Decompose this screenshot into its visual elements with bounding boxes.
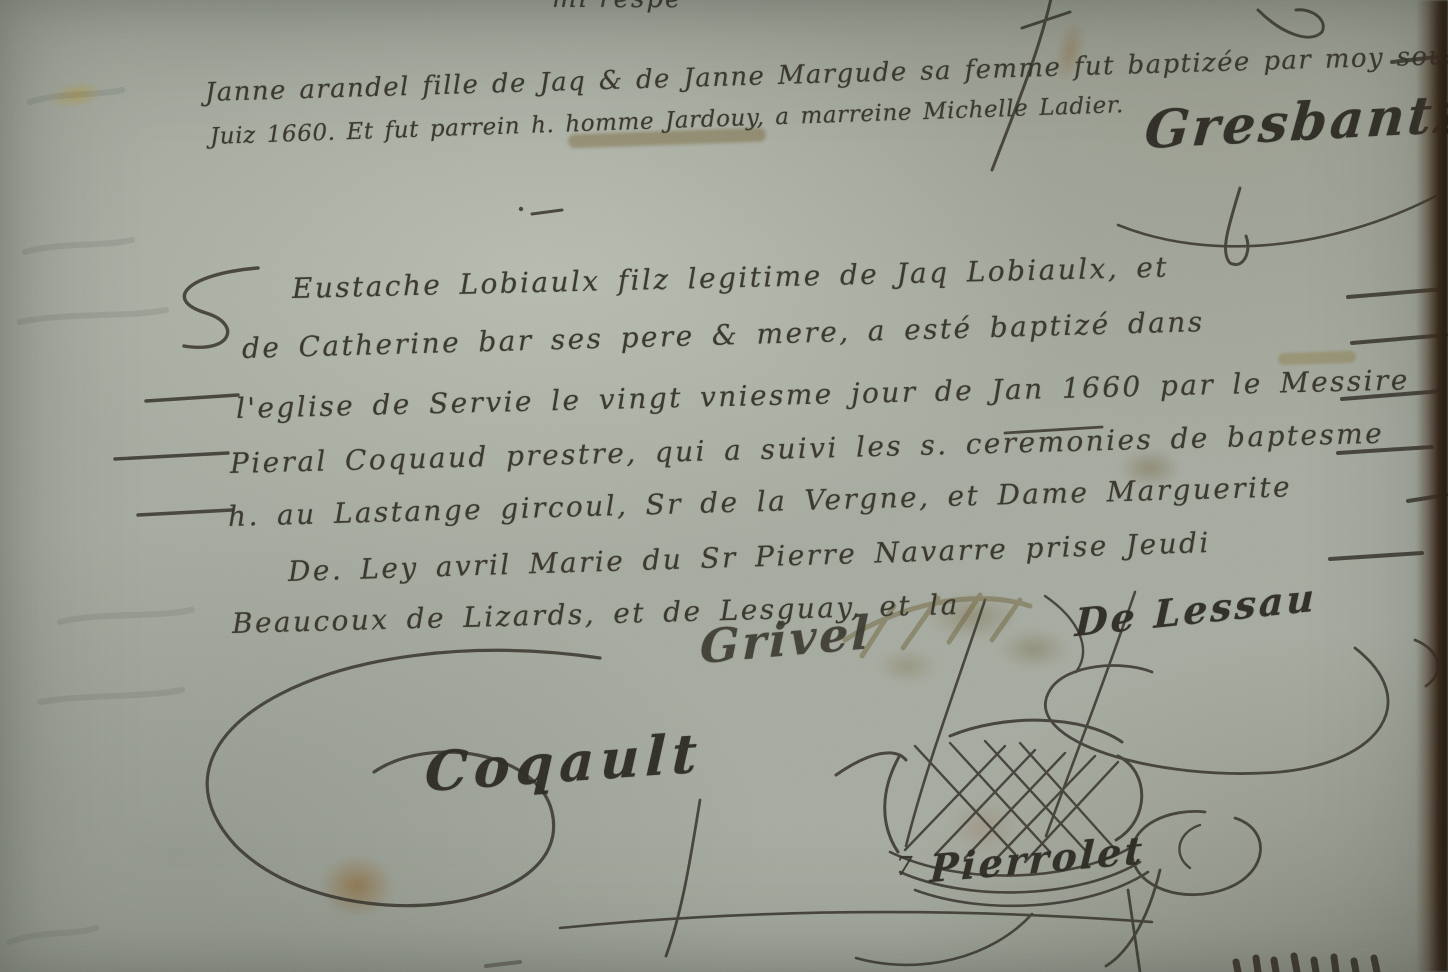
ink-stain: [998, 628, 1070, 670]
record2-line5: h. au Lastange gircoul, Sr de la Vergne,…: [228, 470, 1293, 533]
top-cutoff-fragment: mi respe: [552, 0, 682, 14]
signature-officiant: Coqault: [424, 720, 704, 804]
signature-bottom-right: Pierrolet: [929, 827, 1146, 891]
ink-smear: [1278, 351, 1356, 366]
record2-line6: De. Ley avril Marie du Sr Pierre Navarre…: [287, 526, 1211, 588]
record2-line3: l'eglise de Servie le vingt vniesme jour…: [236, 363, 1410, 425]
record2-line1: Eustache Lobiaulx filz legitime de Jaq L…: [292, 251, 1170, 305]
signature-witness-right: De Lessau: [1074, 574, 1318, 645]
record2-line4: Pieral Coquaud prestre, qui a suivi les …: [230, 417, 1385, 480]
ink-stain: [876, 648, 938, 684]
ink-stain: [46, 77, 106, 112]
manuscript-photo: mi respe Janne arandel fille de Jaq & de…: [0, 0, 1448, 972]
ink-stain: [320, 855, 394, 917]
record2-line2: de Catherine bar ses pere & mere, a esté…: [242, 305, 1205, 365]
priest-signature: Gresbantz: [1142, 83, 1448, 161]
signature-prefix-mark: 7: [896, 852, 913, 882]
